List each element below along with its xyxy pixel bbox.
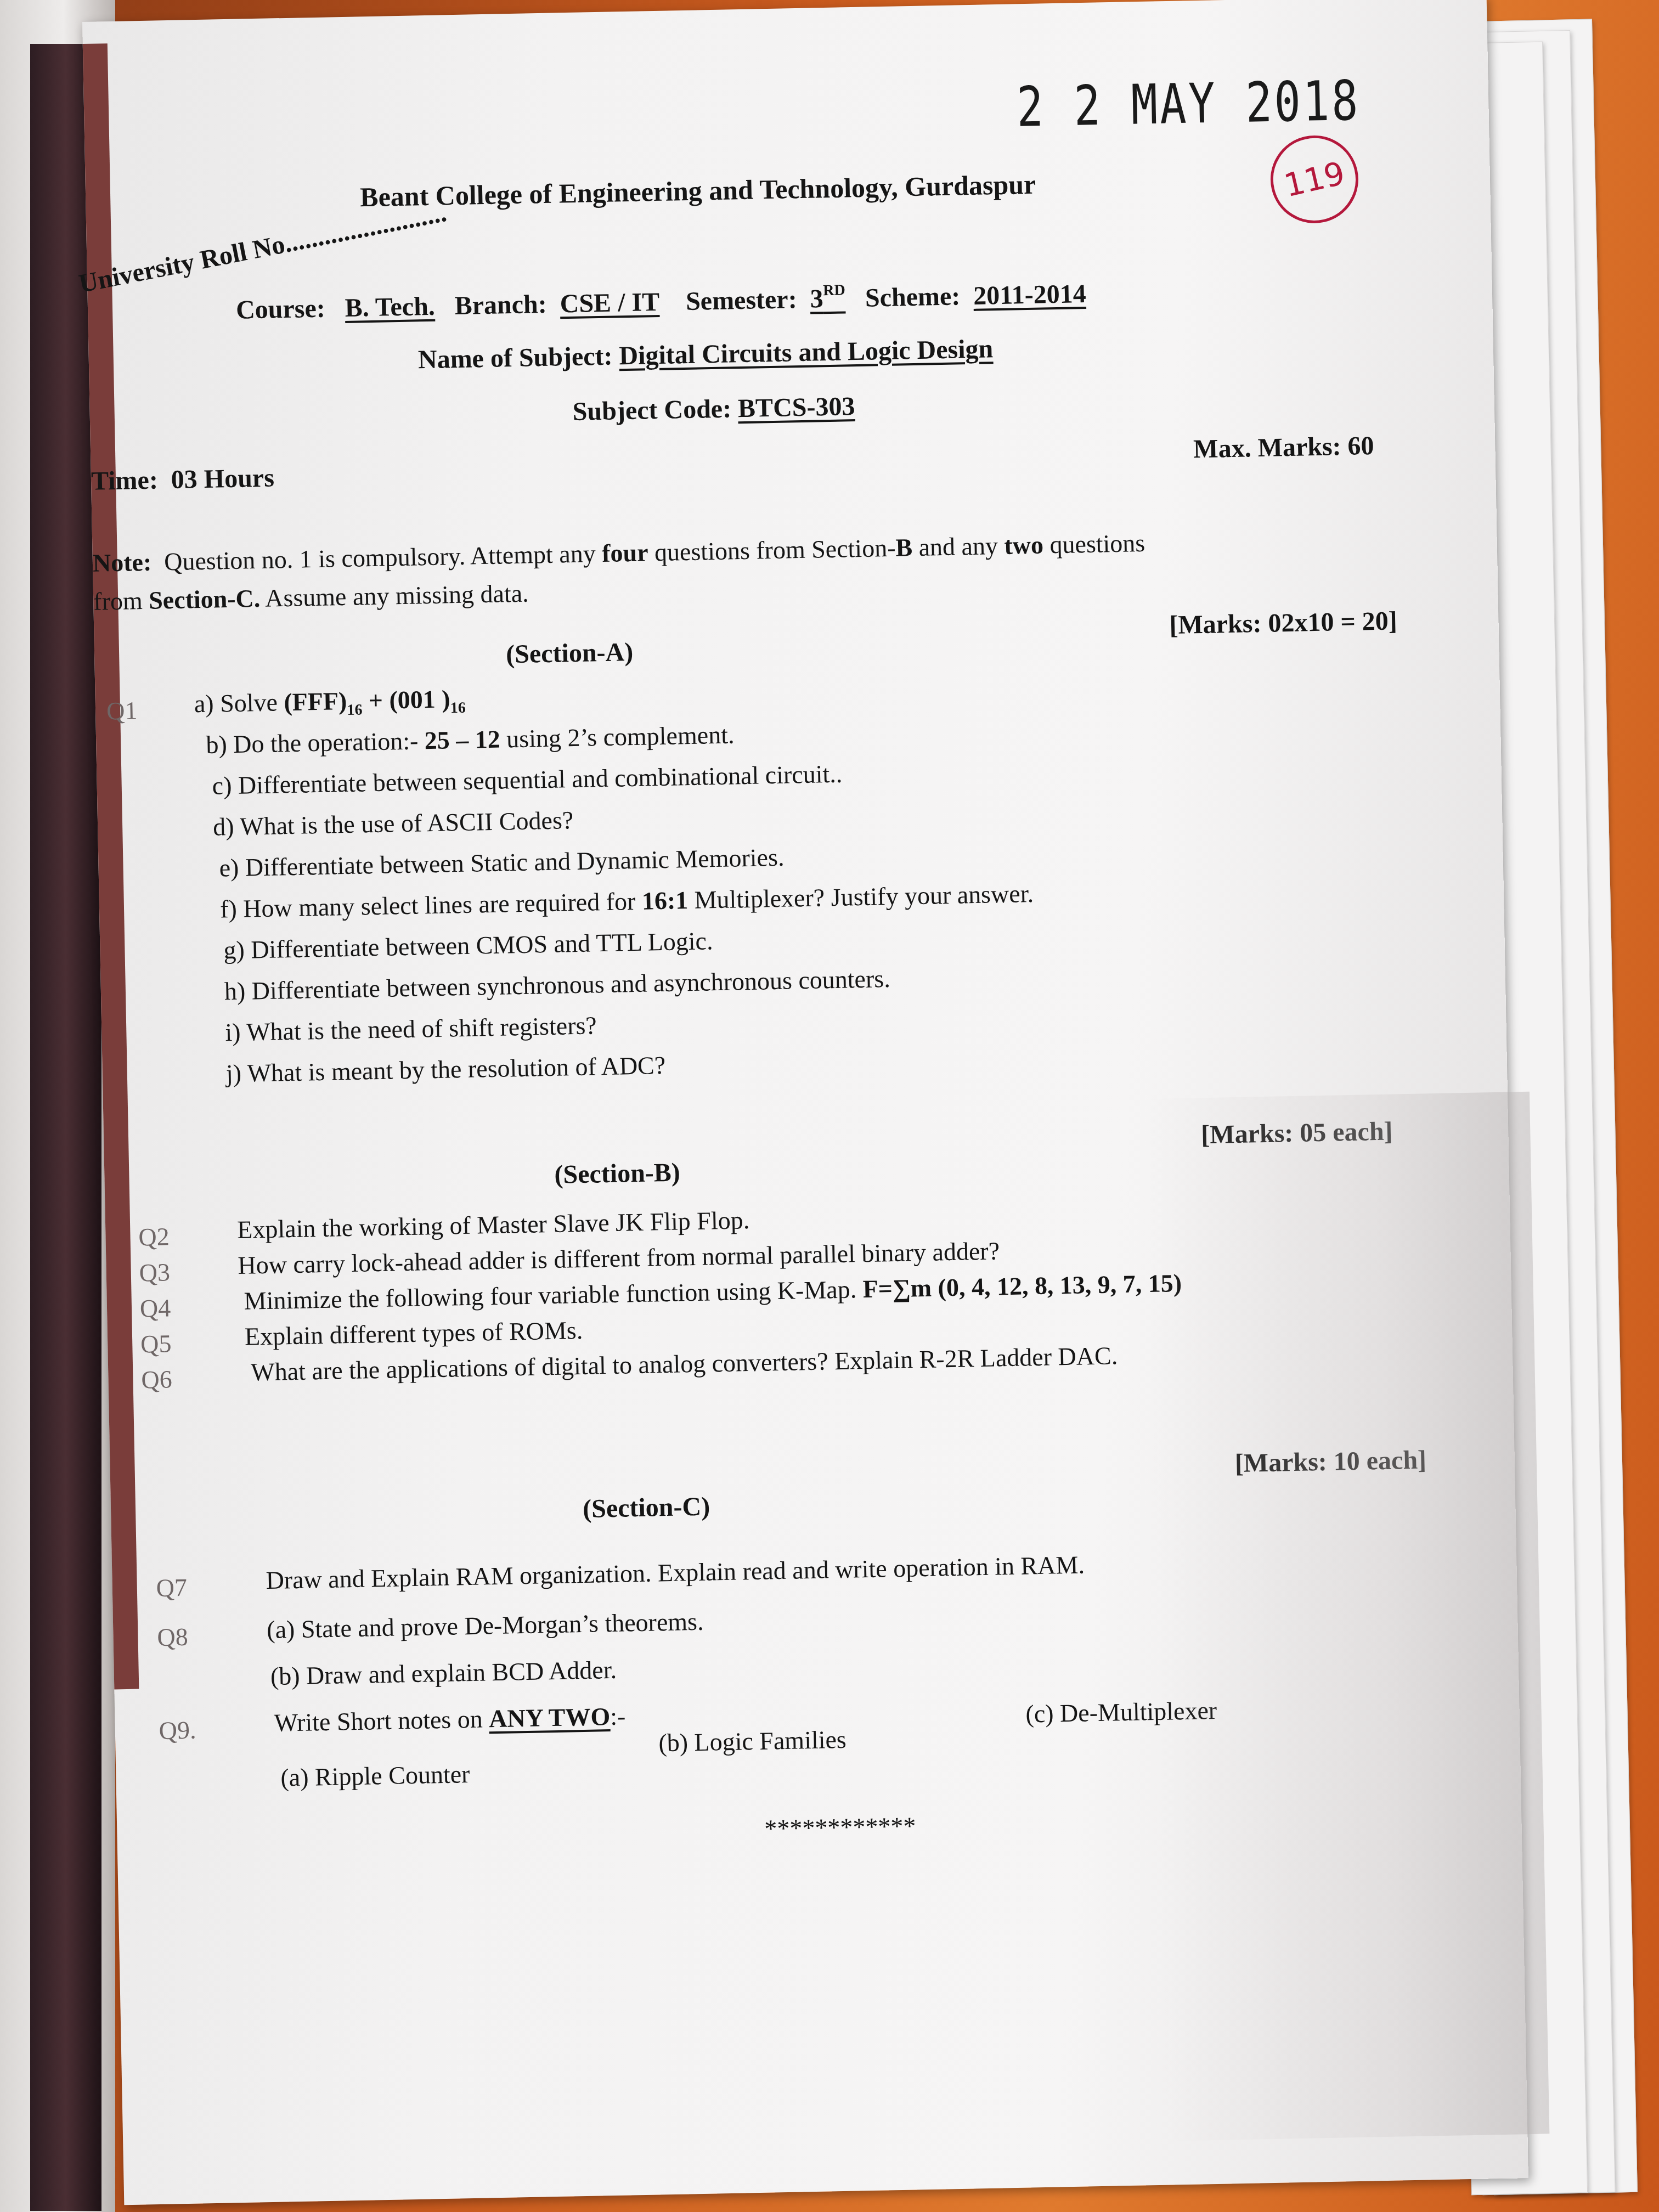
q1-item-h: h) Differentiate between synchronous and… xyxy=(224,964,890,1006)
max-marks: Max. Marks: 60 xyxy=(1193,431,1374,464)
college-name: Beant College of Engineering and Technol… xyxy=(360,168,1036,213)
section-a-marks: [Marks: 02x10 = 20] xyxy=(1169,606,1397,640)
q1-item-c: c) Differentiate between sequential and … xyxy=(212,759,842,800)
section-a-title: (Section-A) xyxy=(506,637,634,669)
time-line: Time: 03 Hours xyxy=(91,462,275,496)
q5-text: Explain different types of ROMs. xyxy=(245,1316,583,1351)
subject-code: BTCS-303 xyxy=(738,392,855,423)
q1-item-f: f) How many select lines are required fo… xyxy=(220,879,1034,923)
q1-item-b: b) Do the operation:- 25 – 12 using 2’s … xyxy=(206,720,735,759)
subject-name-line: Name of Subject: Digital Circuits and Lo… xyxy=(417,334,993,375)
end-of-paper-stars: ************ xyxy=(764,1811,916,1843)
question-number: Q3 xyxy=(139,1257,170,1287)
q1-item-a: a) Solve (FFF)16 + (001 )16 xyxy=(194,684,466,722)
course-info-line: Course: B. Tech. Branch: CSE / IT Semest… xyxy=(236,277,1087,325)
question-number: Q2 xyxy=(138,1222,170,1251)
semester-label: Semester: xyxy=(686,285,798,316)
q9-option-b: (b) Logic Families xyxy=(658,1725,847,1758)
section-b-title: (Section-B) xyxy=(554,1157,680,1189)
shadow-overlay xyxy=(1145,1092,1549,2141)
question-number: Q8 xyxy=(157,1622,188,1652)
note-line-2: from Section-C. Assume any missing data. xyxy=(93,579,529,616)
question-number: Q5 xyxy=(140,1329,172,1358)
q7-text: Draw and Explain RAM organization. Expla… xyxy=(266,1550,1085,1595)
subject-name: Digital Circuits and Logic Design xyxy=(619,334,994,370)
q1-item-e: e) Differentiate between Static and Dyna… xyxy=(219,843,785,883)
section-b-marks: [Marks: 05 each] xyxy=(1201,1116,1393,1150)
scheme-value: 2011-2014 xyxy=(973,279,1086,311)
question-number: Q4 xyxy=(140,1293,171,1323)
q1-item-g: g) Differentiate between CMOS and TTL Lo… xyxy=(223,926,713,964)
roll-no-field[interactable]: University Roll No......................… xyxy=(76,198,449,299)
section-c-marks: [Marks: 10 each] xyxy=(1234,1444,1426,1479)
question-number: Q6 xyxy=(141,1364,172,1394)
q8-part-a: (a) State and prove De-Morgan’s theorems… xyxy=(267,1607,704,1644)
q3-text: How carry lock-ahead adder is different … xyxy=(238,1236,1000,1280)
subject-code-line: Subject Code: BTCS-303 xyxy=(572,391,855,427)
scheme-label: Scheme: xyxy=(865,281,961,312)
q1-item-i: i) What is the need of shift registers? xyxy=(225,1011,597,1047)
course-label: Course: xyxy=(236,294,326,325)
course-value: B. Tech. xyxy=(345,292,435,323)
q9-option-c: (c) De-Multiplexer xyxy=(1025,1696,1217,1729)
semester-value: 3RD xyxy=(810,284,845,313)
q9-text: Write Short notes on ANY TWO:- xyxy=(274,1702,626,1737)
question-number: Q1 xyxy=(106,696,138,725)
branch-label: Branch: xyxy=(454,290,547,320)
question-number: Q9. xyxy=(159,1716,196,1745)
exam-paper: 2 2 MAY 2018 119 Beant College of Engine… xyxy=(82,0,1528,2205)
q1-item-d: d) What is the use of ASCII Codes? xyxy=(213,805,574,842)
note-line-1: Note: Question no. 1 is compulsory. Atte… xyxy=(92,528,1145,578)
q2-text: Explain the working of Master Slave JK F… xyxy=(237,1205,750,1244)
branch-value: CSE / IT xyxy=(560,287,659,318)
q8-part-b: (b) Draw and explain BCD Adder. xyxy=(270,1655,617,1691)
q1-item-j: j) What is meant by the resolution of AD… xyxy=(225,1051,665,1088)
q9-option-a: (a) Ripple Counter xyxy=(280,1759,470,1792)
handwritten-page-number: 119 xyxy=(1262,127,1367,232)
section-c-title: (Section-C) xyxy=(583,1492,710,1524)
date-stamp: 2 2 MAY 2018 xyxy=(1016,69,1361,139)
question-number: Q7 xyxy=(156,1573,187,1602)
